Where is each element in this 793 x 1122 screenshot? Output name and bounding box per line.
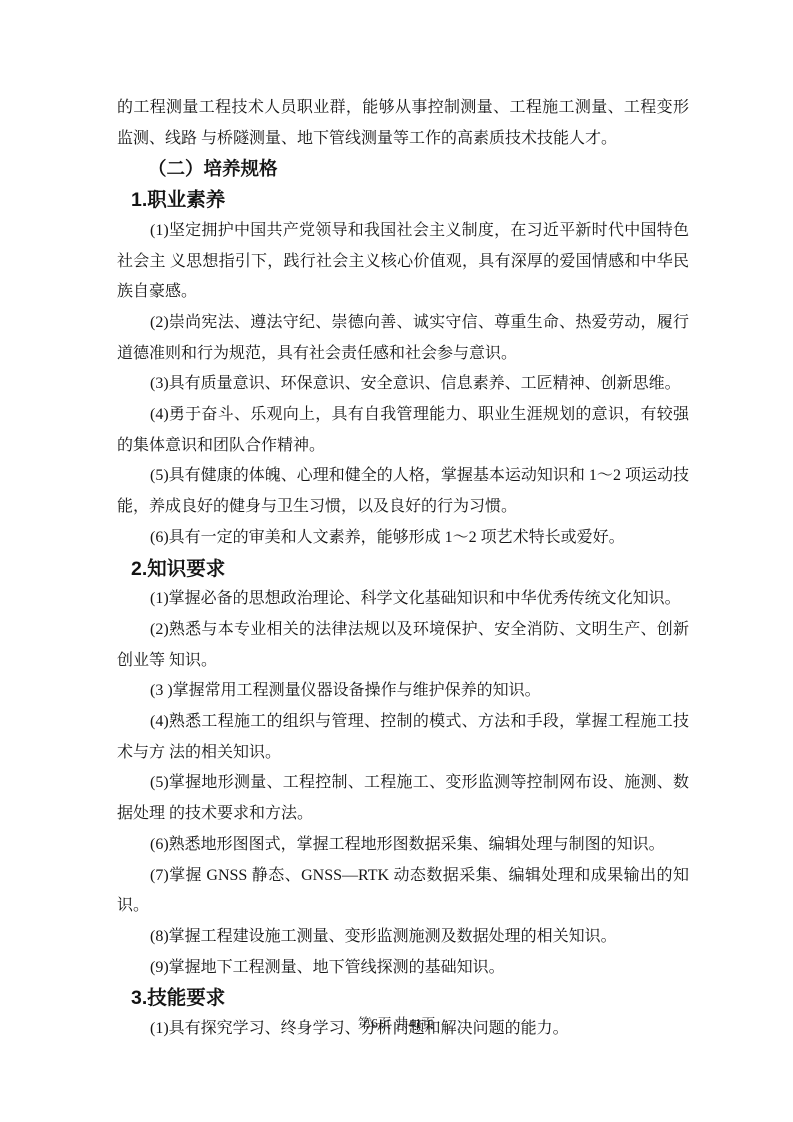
item-paragraph: (3)具有质量意识、环保意识、安全意识、信息素养、工匠精神、创新思维。 (117, 369, 689, 400)
item-paragraph: (7)掌握 GNSS 静态、GNSS—RTK 动态数据采集、编辑处理和成果输出的… (117, 861, 689, 922)
item-paragraph: (4)勇于奋斗、乐观向上，具有自我管理能力、职业生涯规划的意识，有较强的集体意识… (117, 400, 689, 461)
subsection-heading-skill-requirements: 3.技能要求 (131, 983, 689, 1014)
item-paragraph: (6)熟悉地形图图式，掌握工程地形图数据采集、编辑处理与制图的知识。 (117, 830, 689, 861)
item-paragraph: (6)具有一定的审美和人文素养，能够形成 1～2 项艺术特长或爱好。 (117, 523, 689, 554)
page-content: 的工程测量工程技术人员职业群，能够从事控制测量、工程施工测量、工程变形监测、线路… (117, 93, 689, 1045)
item-paragraph: (1)掌握必备的思想政治理论、科学文化基础知识和中华优秀传统文化知识。 (117, 584, 689, 615)
item-paragraph: (5)掌握地形测量、工程控制、工程施工、变形监测等控制网布设、施测、数据处理 的… (117, 768, 689, 829)
subsection-heading-knowledge-requirements: 2.知识要求 (131, 554, 689, 585)
item-paragraph: (5)具有健康的体魄、心理和健全的人格，掌握基本运动知识和 1～2 项运动技能，… (117, 461, 689, 522)
section-heading: （二）培养规格 (148, 154, 689, 185)
page-footer: 第6页 共41页 (0, 1012, 793, 1032)
subsection-heading-professional-quality: 1.职业素养 (131, 185, 689, 216)
continuation-paragraph: 的工程测量工程技术人员职业群，能够从事控制测量、工程施工测量、工程变形监测、线路… (117, 93, 689, 154)
item-paragraph: (4)熟悉工程施工的组织与管理、控制的模式、方法和手段，掌握工程施工技术与方 法… (117, 707, 689, 768)
item-paragraph: (1)坚定拥护中国共产党领导和我国社会主义制度，在习近平新时代中国特色社会主 义… (117, 216, 689, 308)
item-paragraph: (3 )掌握常用工程测量仪器设备操作与维护保养的知识。 (117, 676, 689, 707)
item-paragraph: (2)崇尚宪法、遵法守纪、崇德向善、诚实守信、尊重生命、热爱劳动，履行道德准则和… (117, 308, 689, 369)
item-paragraph: (2)熟悉与本专业相关的法律法规以及环境保护、安全消防、文明生产、创新创业等 知… (117, 615, 689, 676)
item-paragraph: (9)掌握地下工程测量、地下管线探测的基础知识。 (117, 953, 689, 984)
document-page: 的工程测量工程技术人员职业群，能够从事控制测量、工程施工测量、工程变形监测、线路… (0, 0, 793, 1122)
page-number: 第6页 共41页 (358, 1016, 436, 1031)
item-paragraph: (8)掌握工程建设施工测量、变形监测施测及数据处理的相关知识。 (117, 922, 689, 953)
